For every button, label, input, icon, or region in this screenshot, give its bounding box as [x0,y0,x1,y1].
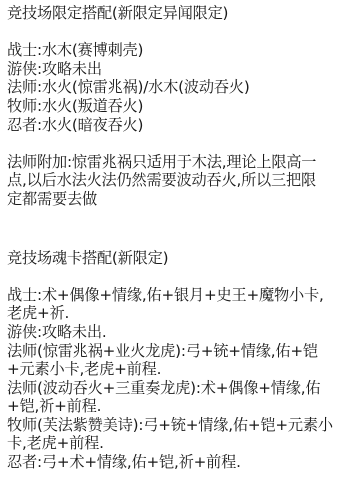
section2-line: 卡,老虎+前程. [7,434,357,453]
section1-line-priest: 牧师:水火(叛道吞火) [7,97,357,116]
section2-line: +铠,祈+前程. [7,397,357,416]
section2-line: 法师(惊雷兆祸+业火龙虎):弓+铳+情缘,佑+铠 [7,342,357,361]
section2-line: 忍者:弓+术+情缘,佑+铠,祈+前程. [7,453,357,472]
section2-line: 法师(波动吞火+三重奏龙虎):术+偶像+情缘,佑 [7,379,357,398]
section1-line-ranger: 游侠:攻略未出 [7,60,357,79]
section2-line: 牧师(芙法紫赞美诗):弓+铳+情缘,佑+铠+元素小 [7,416,357,435]
section2-line: 战士:术+偶像+情缘,佑+银月+史王+魔物小卡, [7,286,357,305]
section2-line: 老虎+祈. [7,304,357,323]
section1-title: 竞技场限定搭配(新限定异闻限定) [7,4,357,23]
section2-line: +元素小卡,老虎+前程. [7,360,357,379]
mage-note-line: 点,以后水法火法仍然需要波动吞火,所以三把限 [7,171,357,190]
section2-title: 竞技场魂卡搭配(新限定) [7,249,357,268]
section1-line-warrior: 战士:水木(赛博刺壳) [7,41,357,60]
section1-line-ninja: 忍者:水火(暗夜吞火) [7,116,357,135]
document: 竞技场限定搭配(新限定异闻限定) 战士:水木(赛博刺壳) 游侠:攻略未出 法师:… [0,0,357,472]
mage-note-line: 法师附加:惊雷兆祸只适用于木法,理论上限高一 [7,153,357,172]
mage-note-line: 定都需要去做 [7,190,357,209]
section1-line-mage: 法师:水火(惊雷兆祸)/水木(波动吞火) [7,78,357,97]
section2-line: 游侠:攻略未出. [7,323,357,342]
